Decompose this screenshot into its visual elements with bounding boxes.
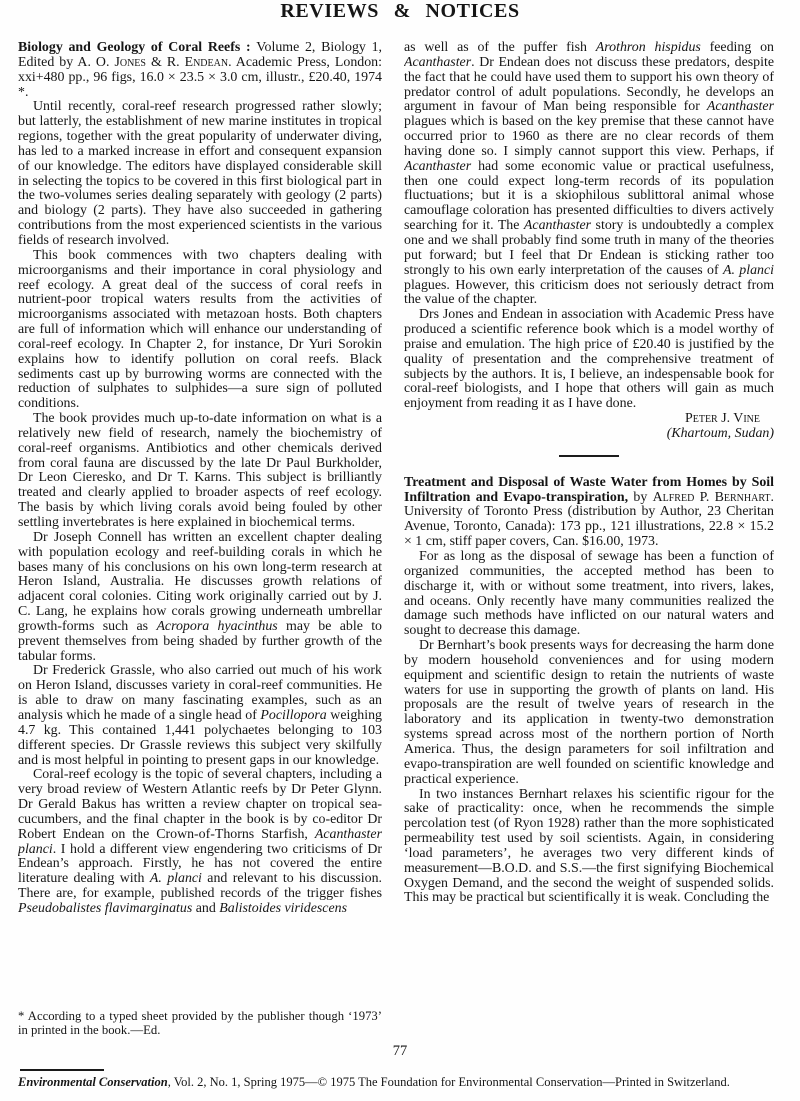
italic-text: Pocillopora <box>260 708 326 723</box>
footer-rule <box>20 1069 104 1071</box>
smallcaps-text: Peter J. Vine <box>685 411 760 426</box>
paragraph: The book provides much up-to-date inform… <box>18 412 382 531</box>
text-run: , Vol. 2, No. 1, Spring 1975—© 1975 The … <box>168 1075 730 1089</box>
italic-text: Acanthaster <box>404 55 471 70</box>
italic-text: Acanthaster <box>707 99 774 114</box>
journal-page: REVIEWS & NOTICES Biology and Geology of… <box>0 0 800 1101</box>
text-run: and <box>192 901 219 916</box>
italic-text: A. planci <box>723 263 774 278</box>
text-run: For as long as the disposal of sewage ha… <box>404 549 774 638</box>
text-run: plagues. However, this criticism does no… <box>404 278 774 308</box>
text-run: plagues which is based on the key premis… <box>404 114 774 159</box>
smallcaps-text: Alfred P. Bernhart <box>653 490 771 505</box>
italic-text: Balistoides viridescens <box>219 901 347 916</box>
journal-footer: Environmental Conservation, Vol. 2, No. … <box>18 1075 782 1089</box>
paragraph: For as long as the disposal of sewage ha… <box>404 550 774 639</box>
italic-text: A. planci <box>150 871 202 886</box>
text-run: as well as of the puffer fish <box>404 41 596 55</box>
paragraph: as well as of the puffer fish Arothron h… <box>404 41 774 308</box>
section-divider <box>559 455 619 457</box>
text-run: Until recently, coral-reef research prog… <box>18 99 382 248</box>
page-number: 77 <box>0 1043 800 1060</box>
paragraph: This book commences with two chapters de… <box>18 249 382 412</box>
italic-text: Acanthaster <box>524 218 591 233</box>
text-run: & R. <box>146 55 185 70</box>
bold-text: Biology and Geology of Coral Reefs : <box>18 41 256 55</box>
text-run: by <box>628 490 653 505</box>
paragraph: Drs Jones and Endean in association with… <box>404 308 774 412</box>
paragraph: Dr Frederick Grassle, who also carried o… <box>18 664 382 768</box>
smallcaps-text: Endean <box>185 55 228 70</box>
smallcaps-text: Jones <box>114 55 146 70</box>
paragraph: Dr Bernhart’s book presents ways for dec… <box>404 639 774 787</box>
text-run: In two instances Bernhart relaxes his sc… <box>404 787 774 906</box>
text-run: This book commences with two chapters de… <box>18 248 382 411</box>
italic-text: Acropora hyacinthus <box>156 619 277 634</box>
reviewer-name: Peter J. Vine <box>404 412 774 427</box>
review-title: Biology and Geology of Coral Reefs : Vol… <box>18 41 382 100</box>
text-run: feeding on <box>701 41 774 55</box>
italic-text: (Khartoum, Sudan) <box>667 426 774 441</box>
text-run: Drs Jones and Endean in association with… <box>404 307 774 411</box>
right-column: as well as of the puffer fish Arothron h… <box>404 41 774 1055</box>
paragraph: Coral-reef ecology is the topic of sever… <box>18 768 382 916</box>
italic-text: Pseudobalistes flavimarginatus <box>18 901 192 916</box>
page-title: REVIEWS & NOTICES <box>0 0 800 23</box>
text-run: Dr Bernhart’s book presents ways for dec… <box>404 638 774 787</box>
bold-italic-text: Environmental Conservation <box>18 1075 168 1089</box>
italic-text: Arothron hispidus <box>596 41 701 55</box>
italic-text: Acanthaster <box>404 159 471 174</box>
left-column: Biology and Geology of Coral Reefs : Vol… <box>18 41 382 1003</box>
review-title: Treatment and Disposal of Waste Water fr… <box>404 476 774 550</box>
paragraph: In two instances Bernhart relaxes his sc… <box>404 788 774 907</box>
paragraph: Dr Joseph Connell has written an excelle… <box>18 531 382 665</box>
text-run: * According to a typed sheet provided by… <box>18 1009 382 1037</box>
reviewer-location: (Khartoum, Sudan) <box>404 427 774 442</box>
text-run: The book provides much up-to-date inform… <box>18 411 382 530</box>
paragraph: Until recently, coral-reef research prog… <box>18 100 382 248</box>
footnote: * According to a typed sheet provided by… <box>18 1009 382 1037</box>
